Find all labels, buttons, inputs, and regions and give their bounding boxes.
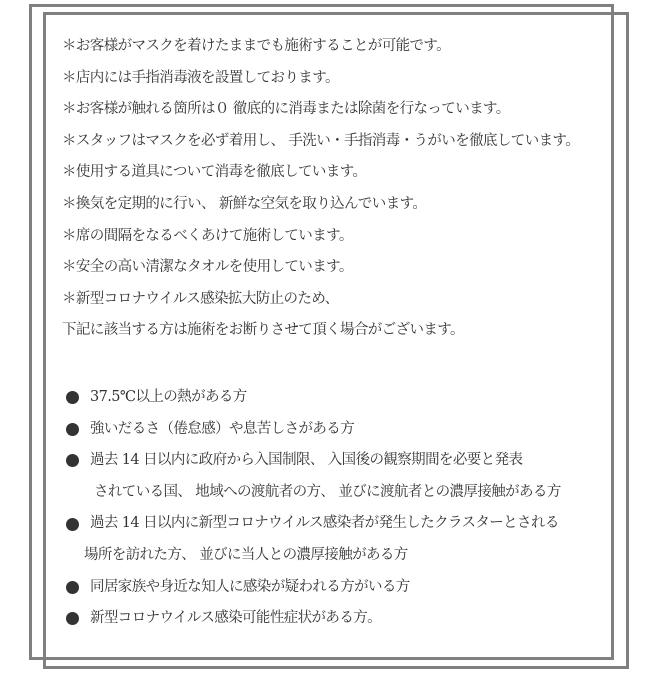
bullet-text: 新型コロナウイルス感染可能性症状がある方。 [90,603,381,635]
bullet-text: 同居家族や身近な知人に感染が疑われる方がいる方 [90,572,410,604]
bullet-item-fatigue: 強いだるさ（倦怠感）や息苦しさがある方 [62,414,622,446]
bullet-item-travel-restriction: 過去 14 日以内に政府から入国制限、 入国後の観察期間を必要と発表 [62,445,622,477]
bullet-dot-icon [66,581,79,594]
bullet-text: 強いだるさ（倦怠感）や息苦しさがある方 [90,414,354,446]
note-seat-spacing: ＊席の間隔をなるべくあけて施術しています。 [62,221,622,253]
bullet-continuation: 場所を訪れた方、 並びに当人との濃厚接触がある方 [62,540,622,572]
bullet-dot-icon [66,612,79,625]
bullet-dot-icon [66,423,79,436]
note-surface-disinfection: ＊お客様が触れる箇所は０ 徹底的に消毒または除菌を行なっています。 [62,94,622,126]
bullet-dot-icon [66,391,79,404]
note-clean-towels: ＊安全の高い清潔なタオルを使用しています。 [62,252,622,284]
note-tool-disinfection: ＊使用する道具について消毒を徹底しています。 [62,157,622,189]
note-ventilation: ＊換気を定期的に行い、 新鮮な空気を取り込んでいます。 [62,189,622,221]
bullet-dot-icon [66,454,79,467]
bullet-text: 37.5℃以上の熱がある方 [90,382,247,414]
bullet-text: 過去 14 日以内に新型コロナウイルス感染者が発生したクラスターとされる [90,508,559,540]
note-covid-prevention: ＊新型コロナウイルス感染拡大防止のため、 [62,284,622,316]
notice-content: ＊お客様がマスクを着けたままでも施術することが可能です。 ＊店内には手指消毒液を… [62,31,622,635]
section-spacer [62,347,622,382]
note-hand-sanitizer: ＊店内には手指消毒液を設置しております。 [62,63,622,95]
bullet-item-family-suspected: 同居家族や身近な知人に感染が疑われる方がいる方 [62,572,622,604]
bullet-item-cluster: 過去 14 日以内に新型コロナウイルス感染者が発生したクラスターとされる [62,508,622,540]
note-staff-hygiene: ＊スタッフはマスクを必ず着用し、 手洗い・手指消毒・うがいを徹底しています。 [62,126,622,158]
note-mask-ok: ＊お客様がマスクを着けたままでも施術することが可能です。 [62,31,622,63]
bullet-dot-icon [66,518,79,531]
note-refusal-intro: 下記に該当する方は施術をお断りさせて頂く場合がございます。 [62,315,622,347]
bullet-continuation: されている国、 地域への渡航者の方、 並びに渡航者との濃厚接触がある方 [62,477,622,509]
bullet-text: 過去 14 日以内に政府から入国制限、 入国後の観察期間を必要と発表 [90,445,522,477]
bullet-item-fever: 37.5℃以上の熱がある方 [62,382,622,414]
bullet-item-symptoms: 新型コロナウイルス感染可能性症状がある方。 [62,603,622,635]
